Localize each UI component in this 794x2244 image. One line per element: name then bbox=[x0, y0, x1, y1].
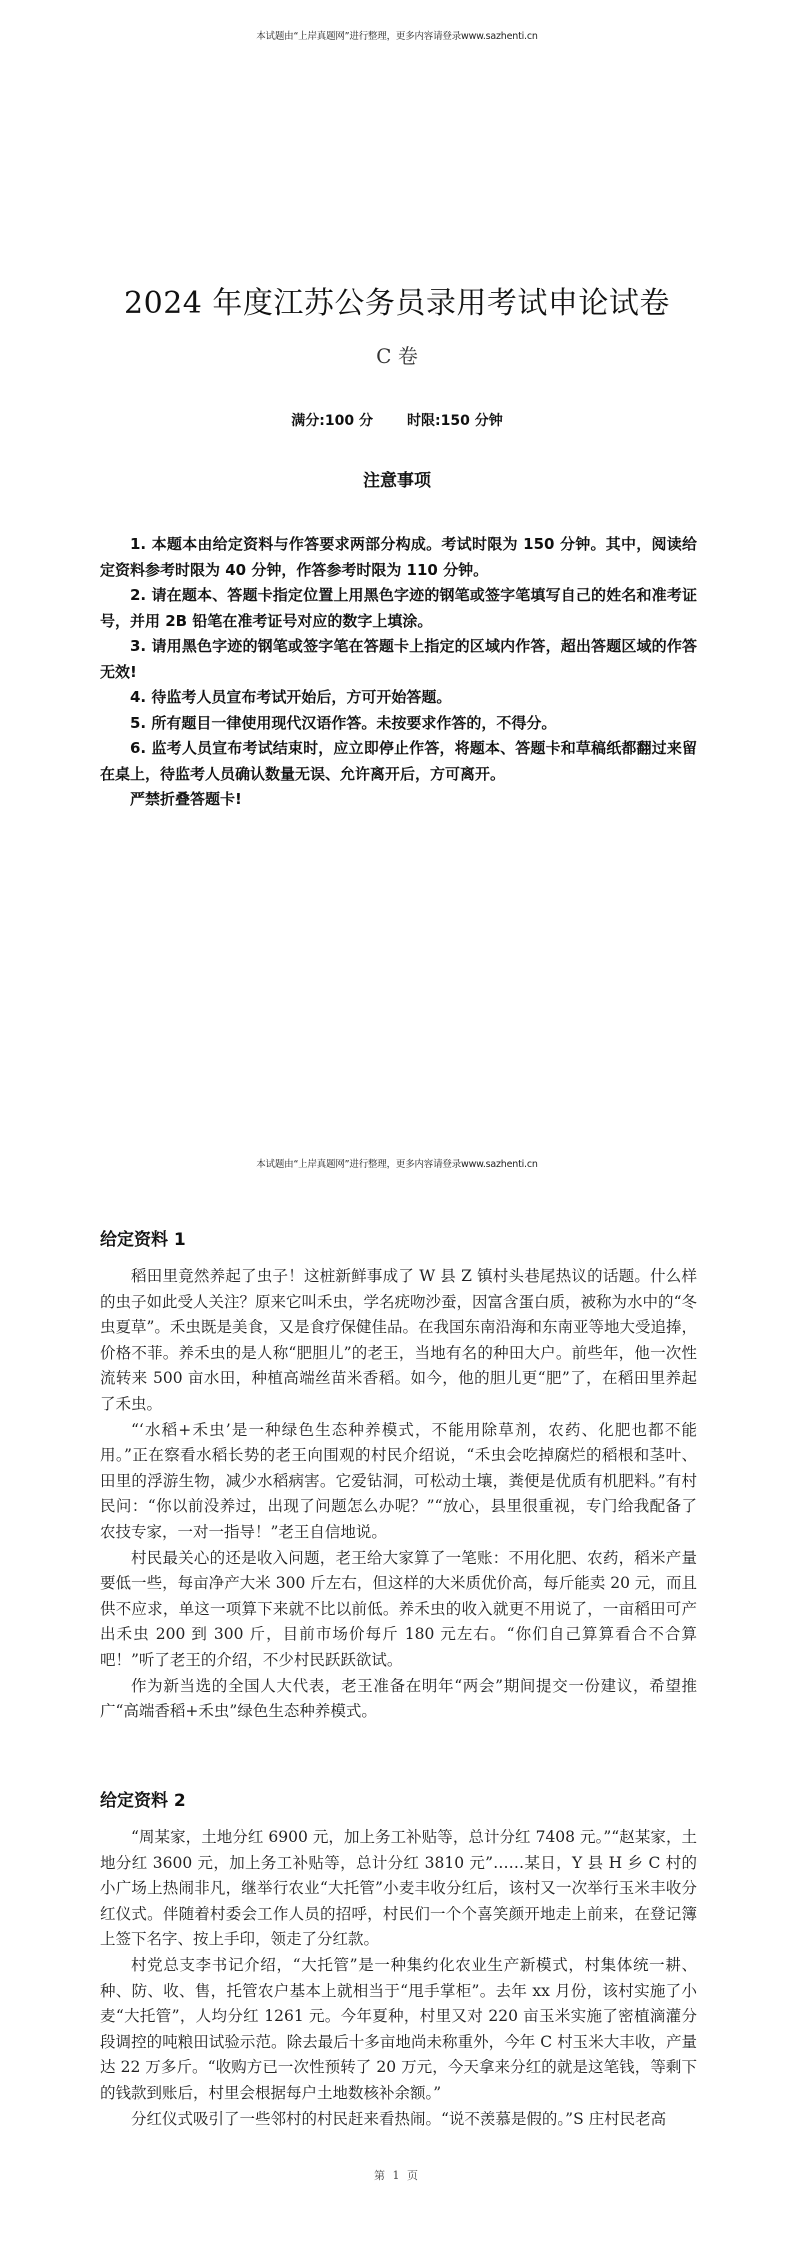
full-score: 满分:100 分 bbox=[291, 413, 373, 429]
time-limit: 时限:150 分钟 bbox=[407, 413, 503, 429]
exam-title: 2024 年度江苏公务员录用考试申论试卷 bbox=[0, 278, 794, 322]
notice-item: 1. 本题本由给定资料与作答要求两部分构成。考试时限为 150 分钟。其中，阅读… bbox=[100, 532, 697, 583]
paragraph: 作为新当选的全国人大代表，老王准备在明年“两会”期间提交一份建议，希望推广“高端… bbox=[100, 1674, 697, 1725]
paragraph: 村党总支李书记介绍，“大托管”是一种集约化农业生产新模式，村集体统一耕、种、防、… bbox=[100, 1953, 697, 2107]
notice-item: 3. 请用黑色字迹的钢笔或签字笔在答题卡上指定的区域内作答，超出答题区域的作答无… bbox=[100, 634, 697, 685]
paragraph: 分红仪式吸引了一些邻村的村民赶来看热闹。“说不羡慕是假的。”S 庄村民老高 bbox=[100, 2107, 697, 2133]
notice-heading: 注意事项 bbox=[0, 466, 794, 491]
notice-item: 5. 所有题目一律使用现代汉语作答。未按要求作答的，不得分。 bbox=[100, 711, 697, 737]
paragraph: “周某家，土地分红 6900 元，加上务工补贴等，总计分红 7408 元。”“赵… bbox=[100, 1825, 697, 1953]
exam-meta: 满分:100 分时限:150 分钟 bbox=[0, 410, 794, 430]
material-1-heading: 给定资料 1 bbox=[100, 1225, 186, 1250]
header-watermark: 本试题由“上岸真题网”进行整理，更多内容请登录www.sazhenti.cn bbox=[0, 1156, 794, 1170]
paragraph: “‘水稻+禾虫’是一种绿色生态种养模式，不能用除草剂，农药、化肥也都不能用。”正… bbox=[100, 1418, 697, 1546]
material-2-body: “周某家，土地分红 6900 元，加上务工补贴等，总计分红 7408 元。”“赵… bbox=[100, 1825, 697, 2132]
notice-item: 4. 待监考人员宣布考试开始后，方可开始答题。 bbox=[100, 685, 697, 711]
notice-item: 6. 监考人员宣布考试结束时，应立即停止作答，将题本、答题卡和草稿纸都翻过来留在… bbox=[100, 736, 697, 787]
paragraph: 稻田里竟然养起了虫子！这桩新鲜事成了 W 县 Z 镇村头巷尾热议的话题。什么样的… bbox=[100, 1264, 697, 1418]
cover-page: 本试题由“上岸真题网”进行整理，更多内容请登录www.sazhenti.cn 2… bbox=[0, 0, 794, 1122]
material-page: 本试题由“上岸真题网”进行整理，更多内容请登录www.sazhenti.cn 给… bbox=[0, 1122, 794, 2244]
paragraph: 村民最关心的还是收入问题，老王给大家算了一笔账：不用化肥、农药，稻米产量要低一些… bbox=[100, 1546, 697, 1674]
notice-warning: 严禁折叠答题卡! bbox=[100, 787, 697, 813]
exam-version: C 卷 bbox=[0, 340, 794, 369]
material-2-heading: 给定资料 2 bbox=[100, 1786, 186, 1811]
material-1-body: 稻田里竟然养起了虫子！这桩新鲜事成了 W 县 Z 镇村头巷尾热议的话题。什么样的… bbox=[100, 1264, 697, 1725]
notice-list: 1. 本题本由给定资料与作答要求两部分构成。考试时限为 150 分钟。其中，阅读… bbox=[100, 532, 697, 813]
header-watermark: 本试题由“上岸真题网”进行整理，更多内容请登录www.sazhenti.cn bbox=[0, 28, 794, 42]
notice-item: 2. 请在题本、答题卡指定位置上用黑色字迹的钢笔或签字笔填写自己的姓名和准考证号… bbox=[100, 583, 697, 634]
page-number: 第 1 页 bbox=[0, 2167, 794, 2183]
